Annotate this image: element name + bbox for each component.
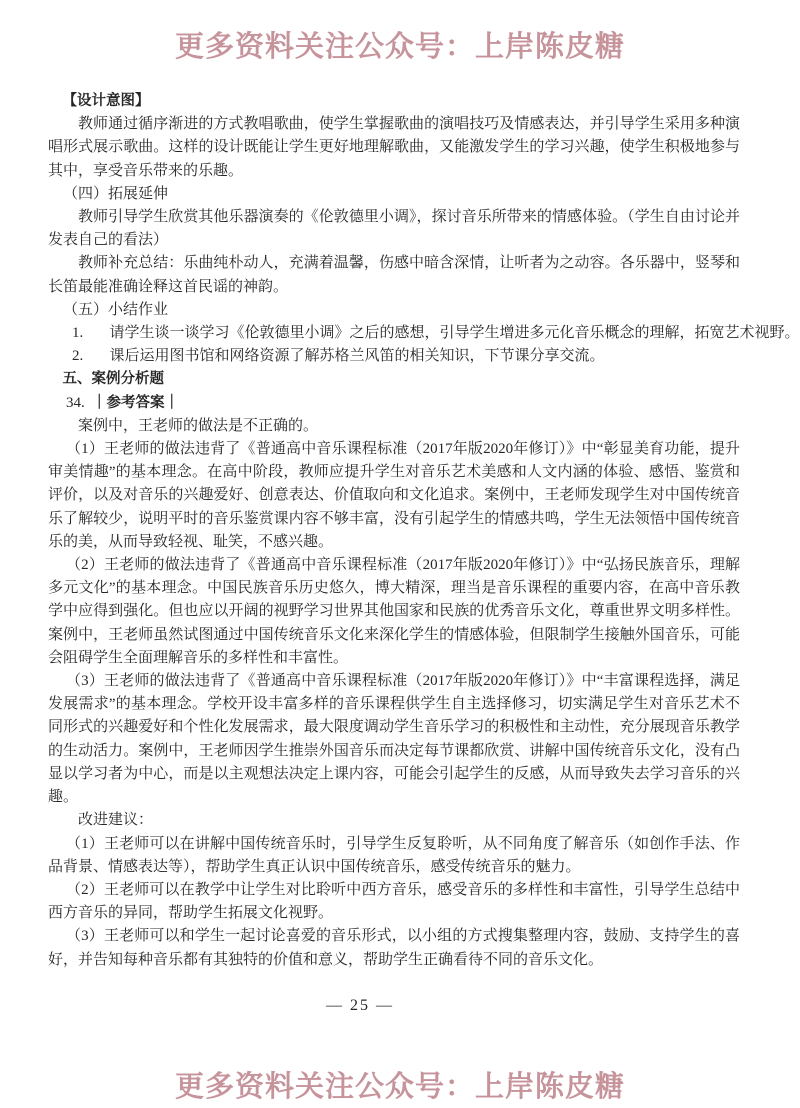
doc-paragraph: （3）王老师可以和学生一起讨论喜爱的音乐形式，以小组的方式搜集整理内容，鼓励、支… [48,925,740,971]
sub-section-heading: （五）小结作业 [48,299,740,322]
doc-paragraph: 案例中，王老师的做法是不正确的。 [48,415,740,438]
doc-paragraph: （1）王老师的做法违背了《普通高中音乐课程标准（2017年版2020年修订）》中… [48,438,740,554]
design-intent-heading: 【设计意图】 [48,90,740,113]
list-item-text: 课后运用图书馆和网络资源了解苏格兰风笛的相关知识，下节课分享交流。 [110,348,605,364]
doc-paragraph: （2）王老师可以在教学中让学生对比聆听中西方音乐，感受音乐的多样性和丰富性，引导… [48,879,740,925]
doc-paragraph: 教师补充总结：乐曲纯朴动人，充满着温馨，伤感中暗含深情，让听者为之动容。各乐器中… [48,252,740,298]
doc-paragraph: （2）王老师的做法违背了《普通高中音乐课程标准（2017年版2020年修订）》中… [48,554,740,670]
answer-reference-line: 34.｜参考答案｜ [48,392,740,415]
scanned-document-page: 更多资料关注公众号：上岸陈皮糖 【设计意图】教师通过循序渐进的方式教唱歌曲，使学… [0,0,800,1108]
list-item-number: 2. [72,345,92,368]
doc-paragraph: 改进建议： [48,809,740,832]
doc-paragraph: 教师引导学生欣赏其他乐器演奏的《伦敦德里小调》，探讨音乐所带来的情感体验。（学生… [48,206,740,252]
doc-paragraph: 教师通过循序渐进的方式教唱歌曲，使学生掌握歌曲的演唱技巧及情感表达，并引导学生采… [48,113,740,183]
sub-section-heading: （四）拓展延伸 [48,183,740,206]
answer-reference-label: ｜参考答案｜ [92,395,179,411]
doc-paragraph: （1）王老师可以在讲解中国传统音乐时，引导学生反复聆听，从不同角度了解音乐（如创… [48,833,740,879]
question-number: 34. [66,395,85,411]
watermark-footer-text: 更多资料关注公众号：上岸陈皮糖 [0,1064,800,1105]
section-heading: 五、案例分析题 [48,368,740,391]
list-item: 1.请学生谈一谈学习《伦敦德里小调》之后的感想，引导学生增进多元化音乐概念的理解… [48,322,740,345]
watermark-header-text: 更多资料关注公众号：上岸陈皮糖 [0,24,800,65]
doc-paragraph: （3）王老师的做法违背了《普通高中音乐课程标准（2017年版2020年修订）》中… [48,670,740,809]
document-body: 【设计意图】教师通过循序渐进的方式教唱歌曲，使学生掌握歌曲的演唱技巧及情感表达，… [48,90,740,972]
list-item-text: 请学生谈一谈学习《伦敦德里小调》之后的感想，引导学生增进多元化音乐概念的理解，拓… [110,325,800,341]
list-item-number: 1. [72,322,92,345]
page-number: — 25 — [0,997,720,1015]
list-item: 2.课后运用图书馆和网络资源了解苏格兰风笛的相关知识，下节课分享交流。 [48,345,740,368]
